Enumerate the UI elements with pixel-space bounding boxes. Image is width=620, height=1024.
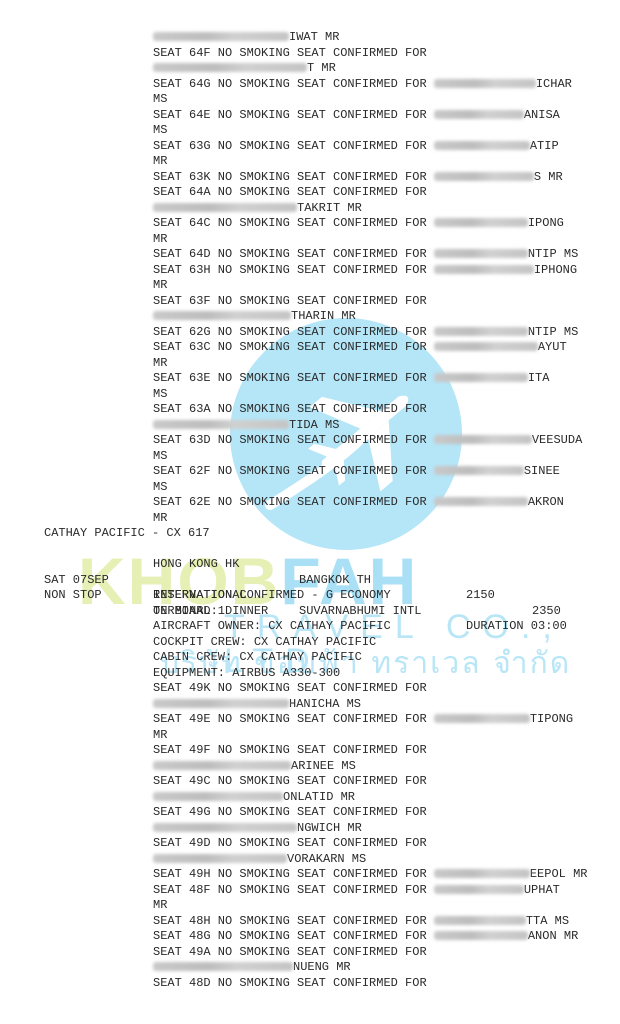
seat-confirmation: SEAT 64C NO SMOKING SEAT CONFIRMED FOR I…	[153, 216, 564, 232]
passenger-title-line: MS	[0, 480, 620, 496]
passenger-name-line: TIDA MS	[0, 418, 620, 434]
redacted-name-blur	[153, 792, 283, 801]
redacted-name-blur	[434, 869, 530, 878]
passenger-name-visible: IWAT MR	[289, 30, 339, 44]
passenger-name-visible: TAKRIT MR	[297, 201, 362, 215]
seat-confirmation-line: SEAT 48H NO SMOKING SEAT CONFIRMED FOR T…	[0, 914, 620, 930]
seat-confirmation-line: SEAT 49E NO SMOKING SEAT CONFIRMED FOR T…	[0, 712, 620, 728]
seat-status: NO SMOKING SEAT CONFIRMED FOR	[211, 402, 434, 416]
redacted-name-blur	[434, 79, 536, 88]
passenger-name: TAKRIT MR	[153, 201, 362, 217]
passenger-title-line: MR	[0, 232, 620, 248]
seat-confirmation: SEAT 49A NO SMOKING SEAT CONFIRMED FOR	[153, 945, 434, 961]
redacted-name-blur	[153, 823, 297, 832]
passenger-name: THARIN MR	[153, 309, 356, 325]
passenger-name-visible: NTIP MS	[528, 247, 578, 261]
passenger-name-visible: ICHAR	[536, 77, 572, 91]
passenger-name-visible: TIPONG	[530, 712, 573, 726]
redacted-name-blur	[153, 63, 307, 72]
passenger-name: ARINEE MS	[153, 759, 356, 775]
seat-confirmation-line: SEAT 48G NO SMOKING SEAT CONFIRMED FOR A…	[0, 929, 620, 945]
seat-status: NO SMOKING SEAT CONFIRMED FOR	[211, 712, 434, 726]
seat-status: NO SMOKING SEAT CONFIRMED FOR	[211, 46, 434, 60]
passenger-name-visible: TIDA MS	[289, 418, 339, 432]
seat-number: SEAT 48G	[153, 929, 211, 943]
seat-confirmation: SEAT 63F NO SMOKING SEAT CONFIRMED FOR	[153, 294, 434, 310]
seat-number: SEAT 63D	[153, 433, 211, 447]
redacted-name-blur	[434, 110, 524, 119]
passenger-name-line: ONLATID MR	[0, 790, 620, 806]
redacted-name-blur	[434, 466, 524, 475]
redacted-name-blur	[153, 32, 289, 41]
flight-row-terminal: NON STOP TERMINAL 1 DURATION 03:00	[0, 573, 620, 589]
redacted-name-blur	[434, 931, 528, 940]
seat-status: NO SMOKING SEAT CONFIRMED FOR	[211, 139, 434, 153]
redacted-name-blur	[153, 962, 293, 971]
passenger-name-visible: ANON MR	[528, 929, 578, 943]
passenger-name: T MR	[153, 61, 336, 77]
seat-number: SEAT 64E	[153, 108, 211, 122]
passenger-name-visible: VEESUDA	[532, 433, 582, 447]
passenger-name: HANICHA MS	[153, 697, 361, 713]
on-board-meal: ON BOARD: DINNER	[153, 604, 268, 620]
seat-confirmation: SEAT 63G NO SMOKING SEAT CONFIRMED FOR A…	[153, 139, 559, 155]
seat-confirmation-line: SEAT 64A NO SMOKING SEAT CONFIRMED FOR	[0, 185, 620, 201]
passenger-name-visible: TTA MS	[526, 914, 569, 928]
seat-status: NO SMOKING SEAT CONFIRMED FOR	[211, 495, 434, 509]
seat-confirmation-line: SEAT 49F NO SMOKING SEAT CONFIRMED FOR	[0, 743, 620, 759]
seat-number: SEAT 49E	[153, 712, 211, 726]
passenger-name-visible: S MR	[534, 170, 563, 184]
passenger-name-visible: IPHONG	[534, 263, 577, 277]
redacted-name-blur	[434, 327, 528, 336]
passenger-name: ONLATID MR	[153, 790, 355, 806]
seat-confirmation-line: SEAT 64E NO SMOKING SEAT CONFIRMED FOR A…	[0, 108, 620, 124]
seat-confirmation-line: SEAT 64F NO SMOKING SEAT CONFIRMED FOR	[0, 46, 620, 62]
seat-status: NO SMOKING SEAT CONFIRMED FOR	[211, 805, 434, 819]
flight-airline-line: CATHAY PACIFIC - CX 617	[0, 526, 620, 542]
redacted-name-blur	[434, 342, 538, 351]
seat-confirmation-line: SEAT 62G NO SMOKING SEAT CONFIRMED FOR N…	[0, 325, 620, 341]
passenger-name-visible: EEPOL MR	[530, 867, 588, 881]
seat-confirmation: SEAT 49F NO SMOKING SEAT CONFIRMED FOR	[153, 743, 434, 759]
passenger-title: MS	[153, 449, 167, 465]
passenger-name-visible: VORAKARN MS	[287, 852, 366, 866]
seat-number: SEAT 48H	[153, 914, 211, 928]
seat-status: NO SMOKING SEAT CONFIRMED FOR	[211, 433, 434, 447]
seat-number: SEAT 63G	[153, 139, 211, 153]
seat-confirmation-line: SEAT 49H NO SMOKING SEAT CONFIRMED FOR E…	[0, 867, 620, 883]
itinerary-document: IWAT MRSEAT 64F NO SMOKING SEAT CONFIRME…	[0, 30, 620, 991]
seat-confirmation-line: SEAT 64D NO SMOKING SEAT CONFIRMED FOR N…	[0, 247, 620, 263]
seat-number: SEAT 49G	[153, 805, 211, 819]
redacted-name-blur	[434, 249, 528, 258]
seat-number: SEAT 64G	[153, 77, 211, 91]
seat-confirmation: SEAT 64F NO SMOKING SEAT CONFIRMED FOR	[153, 46, 434, 62]
passenger-name-visible: ITA	[528, 371, 550, 385]
passenger-name-line: NGWICH MR	[0, 821, 620, 837]
seat-confirmation-line: SEAT 63E NO SMOKING SEAT CONFIRMED FOR I…	[0, 371, 620, 387]
seat-confirmation: SEAT 49K NO SMOKING SEAT CONFIRMED FOR	[153, 681, 434, 697]
seat-confirmation: SEAT 49C NO SMOKING SEAT CONFIRMED FOR	[153, 774, 434, 790]
passenger-name-visible: AYUT	[538, 340, 567, 354]
passenger-name: NGWICH MR	[153, 821, 362, 837]
seat-confirmation-line: SEAT 64C NO SMOKING SEAT CONFIRMED FOR I…	[0, 216, 620, 232]
cabin-crew: CABIN CREW: CX CATHAY PACIFIC	[153, 650, 362, 666]
seat-status: NO SMOKING SEAT CONFIRMED FOR	[211, 247, 434, 261]
seat-confirmation: SEAT 48H NO SMOKING SEAT CONFIRMED FOR T…	[153, 914, 569, 930]
seat-confirmation: SEAT 64E NO SMOKING SEAT CONFIRMED FOR A…	[153, 108, 560, 124]
passenger-name-visible: THARIN MR	[291, 309, 356, 323]
seat-number: SEAT 48D	[153, 976, 211, 990]
seat-confirmation-line: SEAT 48F NO SMOKING SEAT CONFIRMED FOR U…	[0, 883, 620, 899]
passenger-name-visible: SINEE	[524, 464, 560, 478]
seat-number: SEAT 49A	[153, 945, 211, 959]
seat-status: NO SMOKING SEAT CONFIRMED FOR	[211, 263, 434, 277]
seat-number: SEAT 64C	[153, 216, 211, 230]
seat-status: NO SMOKING SEAT CONFIRMED FOR	[211, 976, 434, 990]
seat-number: SEAT 63C	[153, 340, 211, 354]
redacted-name-blur	[153, 420, 289, 429]
redacted-name-blur	[434, 435, 532, 444]
seat-list-previous-segment: IWAT MRSEAT 64F NO SMOKING SEAT CONFIRME…	[0, 30, 620, 526]
passenger-name-visible: T MR	[307, 61, 336, 75]
seat-status: NO SMOKING SEAT CONFIRMED FOR	[211, 216, 434, 230]
passenger-name-visible: ATIP	[530, 139, 559, 153]
seat-status: NO SMOKING SEAT CONFIRMED FOR	[211, 945, 434, 959]
seat-confirmation: SEAT 48D NO SMOKING SEAT CONFIRMED FOR	[153, 976, 434, 992]
redacted-name-blur	[434, 172, 534, 181]
passenger-title-line: MS	[0, 387, 620, 403]
redacted-name-blur	[153, 311, 291, 320]
passenger-title-line: MS	[0, 92, 620, 108]
seat-confirmation: SEAT 62G NO SMOKING SEAT CONFIRMED FOR N…	[153, 325, 578, 341]
seat-confirmation-line: SEAT 49C NO SMOKING SEAT CONFIRMED FOR	[0, 774, 620, 790]
passenger-title: MR	[153, 356, 167, 372]
redacted-name-blur	[434, 885, 524, 894]
seat-confirmation-line: SEAT 64G NO SMOKING SEAT CONFIRMED FOR I…	[0, 77, 620, 93]
seat-confirmation: SEAT 62E NO SMOKING SEAT CONFIRMED FOR A…	[153, 495, 564, 511]
passenger-name-line: IWAT MR	[0, 30, 620, 46]
seat-status: NO SMOKING SEAT CONFIRMED FOR	[211, 185, 434, 199]
cockpit-crew: COCKPIT CREW: CX CATHAY PACIFIC	[153, 635, 376, 651]
seat-confirmation: SEAT 64A NO SMOKING SEAT CONFIRMED FOR	[153, 185, 434, 201]
flight-segment: CATHAY PACIFIC - CX 617 HONG KONG HK BAN…	[0, 526, 620, 681]
seat-status: NO SMOKING SEAT CONFIRMED FOR	[211, 371, 434, 385]
passenger-title: MR	[153, 898, 167, 914]
passenger-name-visible: ANISA	[524, 108, 560, 122]
seat-status: NO SMOKING SEAT CONFIRMED FOR	[211, 743, 434, 757]
seat-number: SEAT 49D	[153, 836, 211, 850]
seat-status: NO SMOKING SEAT CONFIRMED FOR	[211, 77, 434, 91]
passenger-name-line: THARIN MR	[0, 309, 620, 325]
passenger-name-visible: NGWICH MR	[297, 821, 362, 835]
passenger-title: MS	[153, 387, 167, 403]
seat-status: NO SMOKING SEAT CONFIRMED FOR	[211, 914, 434, 928]
redacted-name-blur	[434, 373, 528, 382]
seat-number: SEAT 49K	[153, 681, 211, 695]
seat-confirmation: SEAT 63C NO SMOKING SEAT CONFIRMED FOR A…	[153, 340, 567, 356]
passenger-title: MS	[153, 123, 167, 139]
seat-status: NO SMOKING SEAT CONFIRMED FOR	[211, 883, 434, 897]
seat-number: SEAT 63F	[153, 294, 211, 308]
seat-confirmation: SEAT 63E NO SMOKING SEAT CONFIRMED FOR I…	[153, 371, 549, 387]
redacted-name-blur	[434, 218, 528, 227]
passenger-title-line: MS	[0, 449, 620, 465]
seat-confirmation: SEAT 63D NO SMOKING SEAT CONFIRMED FOR V…	[153, 433, 582, 449]
passenger-name-visible: HANICHA MS	[289, 697, 361, 711]
passenger-title: MR	[153, 728, 167, 744]
seat-number: SEAT 63K	[153, 170, 211, 184]
seat-number: SEAT 62E	[153, 495, 211, 509]
seat-confirmation-line: SEAT 49G NO SMOKING SEAT CONFIRMED FOR	[0, 805, 620, 821]
seat-confirmation-line: SEAT 48D NO SMOKING SEAT CONFIRMED FOR	[0, 976, 620, 992]
seat-confirmation: SEAT 49H NO SMOKING SEAT CONFIRMED FOR E…	[153, 867, 587, 883]
passenger-name: IWAT MR	[153, 30, 339, 46]
seat-confirmation: SEAT 63A NO SMOKING SEAT CONFIRMED FOR	[153, 402, 434, 418]
passenger-name-visible: ARINEE MS	[291, 759, 356, 773]
passenger-name-line: T MR	[0, 61, 620, 77]
passenger-title: MR	[153, 154, 167, 170]
seat-confirmation-line: SEAT 49A NO SMOKING SEAT CONFIRMED FOR	[0, 945, 620, 961]
seat-confirmation: SEAT 63K NO SMOKING SEAT CONFIRMED FOR S…	[153, 170, 563, 186]
seat-number: SEAT 63E	[153, 371, 211, 385]
seat-number: SEAT 62F	[153, 464, 211, 478]
seat-status: NO SMOKING SEAT CONFIRMED FOR	[211, 836, 434, 850]
passenger-name-visible: NTIP MS	[528, 325, 578, 339]
redacted-name-blur	[153, 699, 289, 708]
seat-status: NO SMOKING SEAT CONFIRMED FOR	[211, 294, 434, 308]
passenger-name-line: HANICHA MS	[0, 697, 620, 713]
seat-confirmation-line: SEAT 63C NO SMOKING SEAT CONFIRMED FOR A…	[0, 340, 620, 356]
seat-status: NO SMOKING SEAT CONFIRMED FOR	[211, 325, 434, 339]
seat-number: SEAT 64D	[153, 247, 211, 261]
seat-status: NO SMOKING SEAT CONFIRMED FOR	[211, 681, 434, 695]
seat-confirmation: SEAT 48F NO SMOKING SEAT CONFIRMED FOR U…	[153, 883, 560, 899]
passenger-title-line: MR	[0, 728, 620, 744]
seat-confirmation-line: SEAT 63K NO SMOKING SEAT CONFIRMED FOR S…	[0, 170, 620, 186]
seat-confirmation-line: SEAT 63D NO SMOKING SEAT CONFIRMED FOR V…	[0, 433, 620, 449]
seat-confirmation-line: SEAT 63G NO SMOKING SEAT CONFIRMED FOR A…	[0, 139, 620, 155]
passenger-name-visible: IPONG	[528, 216, 564, 230]
passenger-title: MR	[153, 511, 167, 527]
seat-number: SEAT 62G	[153, 325, 211, 339]
seat-confirmation: SEAT 63H NO SMOKING SEAT CONFIRMED FOR I…	[153, 263, 577, 279]
passenger-title-line: MR	[0, 356, 620, 372]
seat-confirmation: SEAT 49G NO SMOKING SEAT CONFIRMED FOR	[153, 805, 434, 821]
passenger-name-visible: ONLATID MR	[283, 790, 355, 804]
seat-confirmation: SEAT 48G NO SMOKING SEAT CONFIRMED FOR A…	[153, 929, 578, 945]
reservation-status: RESERVATION CONFIRMED - G ECONOMY	[153, 588, 391, 604]
aircraft-owner: AIRCRAFT OWNER: CX CATHAY PACIFIC	[153, 619, 391, 635]
passenger-title-line: MR	[0, 278, 620, 294]
passenger-name-line: VORAKARN MS	[0, 852, 620, 868]
seat-number: SEAT 48F	[153, 883, 211, 897]
seat-confirmation: SEAT 64G NO SMOKING SEAT CONFIRMED FOR I…	[153, 77, 572, 93]
passenger-name: NUENG MR	[153, 960, 351, 976]
passenger-title: MR	[153, 278, 167, 294]
redacted-name-blur	[153, 854, 287, 863]
airline-flight-number: CATHAY PACIFIC - CX 617	[44, 526, 210, 542]
seat-confirmation: SEAT 49D NO SMOKING SEAT CONFIRMED FOR	[153, 836, 434, 852]
seat-confirmation: SEAT 62F NO SMOKING SEAT CONFIRMED FOR S…	[153, 464, 560, 480]
flight-row-airports: SAT 07SEP INTERNATIONAL SUVARNABHUMI INT…	[0, 557, 620, 573]
passenger-name-line: TAKRIT MR	[0, 201, 620, 217]
seat-confirmation-line: SEAT 62E NO SMOKING SEAT CONFIRMED FOR A…	[0, 495, 620, 511]
seat-confirmation-line: SEAT 49D NO SMOKING SEAT CONFIRMED FOR	[0, 836, 620, 852]
passenger-title-line: MR	[0, 154, 620, 170]
seat-status: NO SMOKING SEAT CONFIRMED FOR	[211, 774, 434, 788]
seat-confirmation-line: SEAT 63A NO SMOKING SEAT CONFIRMED FOR	[0, 402, 620, 418]
equipment: EQUIPMENT: AIRBUS A330-300	[153, 666, 340, 682]
passenger-title-line: MR	[0, 898, 620, 914]
passenger-name-visible: NUENG MR	[293, 960, 351, 974]
passenger-title-line: MR	[0, 511, 620, 527]
seat-status: NO SMOKING SEAT CONFIRMED FOR	[211, 929, 434, 943]
redacted-name-blur	[153, 761, 291, 770]
seat-number: SEAT 63A	[153, 402, 211, 416]
passenger-name: VORAKARN MS	[153, 852, 366, 868]
redacted-name-blur	[153, 203, 297, 212]
seat-confirmation: SEAT 64D NO SMOKING SEAT CONFIRMED FOR N…	[153, 247, 578, 263]
passenger-name-visible: UPHAT	[524, 883, 560, 897]
redacted-name-blur	[434, 141, 530, 150]
seat-status: NO SMOKING SEAT CONFIRMED FOR	[211, 340, 434, 354]
passenger-name-visible: AKRON	[528, 495, 564, 509]
seat-list-cx617: SEAT 49K NO SMOKING SEAT CONFIRMED FOR H…	[0, 681, 620, 991]
redacted-name-blur	[434, 916, 526, 925]
flight-row-cities: HONG KONG HK BANGKOK TH 2150 2350	[0, 542, 620, 558]
seat-confirmation-line: SEAT 63H NO SMOKING SEAT CONFIRMED FOR I…	[0, 263, 620, 279]
seat-status: NO SMOKING SEAT CONFIRMED FOR	[211, 108, 434, 122]
seat-number: SEAT 64A	[153, 185, 211, 199]
redacted-name-blur	[434, 265, 534, 274]
seat-confirmation: SEAT 49E NO SMOKING SEAT CONFIRMED FOR T…	[153, 712, 573, 728]
passenger-name-line: ARINEE MS	[0, 759, 620, 775]
redacted-name-blur	[434, 497, 528, 506]
seat-number: SEAT 49C	[153, 774, 211, 788]
seat-status: NO SMOKING SEAT CONFIRMED FOR	[211, 867, 434, 881]
seat-confirmation-line: SEAT 63F NO SMOKING SEAT CONFIRMED FOR	[0, 294, 620, 310]
passenger-title: MS	[153, 92, 167, 108]
seat-number: SEAT 49H	[153, 867, 211, 881]
passenger-title: MS	[153, 480, 167, 496]
passenger-name: TIDA MS	[153, 418, 339, 434]
seat-confirmation-line: SEAT 62F NO SMOKING SEAT CONFIRMED FOR S…	[0, 464, 620, 480]
passenger-title: MR	[153, 232, 167, 248]
seat-confirmation-line: SEAT 49K NO SMOKING SEAT CONFIRMED FOR	[0, 681, 620, 697]
redacted-name-blur	[434, 714, 530, 723]
seat-status: NO SMOKING SEAT CONFIRMED FOR	[211, 170, 434, 184]
seat-number: SEAT 64F	[153, 46, 211, 60]
passenger-name-line: NUENG MR	[0, 960, 620, 976]
seat-number: SEAT 49F	[153, 743, 211, 757]
passenger-title-line: MS	[0, 123, 620, 139]
seat-status: NO SMOKING SEAT CONFIRMED FOR	[211, 464, 434, 478]
seat-number: SEAT 63H	[153, 263, 211, 277]
